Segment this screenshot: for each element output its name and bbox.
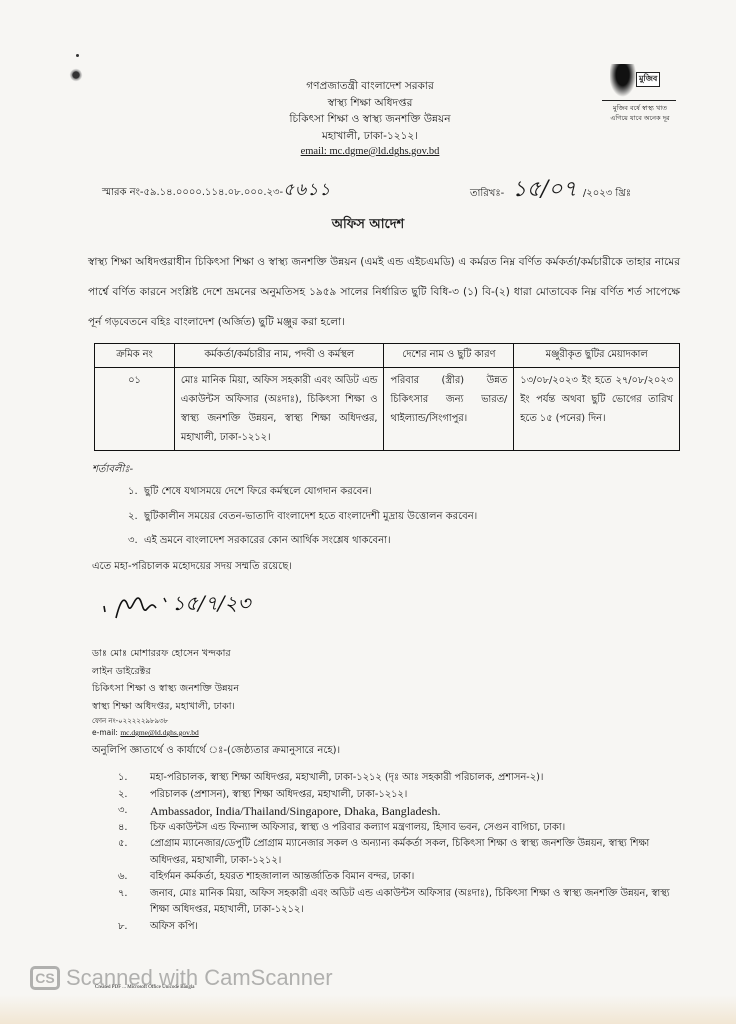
scan-speck <box>76 54 79 57</box>
list-item: ৫.প্রোগ্রাম ম্যানেজার/ডেপুটি প্রোগ্রাম ম… <box>118 836 688 869</box>
date-suffix: /২০২৩ খ্রিঃ <box>583 188 631 199</box>
scan-smudge <box>68 66 84 83</box>
cell-serial: ০১ <box>95 368 175 451</box>
signatory-block: ডাঃ মোঃ মোশাররফ হোসেন খন্দকার লাইন ডাইরে… <box>92 645 239 739</box>
order-body: স্বাস্থ্য শিক্ষা অধিদপ্তরাধীন চিকিৎসা শি… <box>88 247 680 337</box>
list-item: ৭.জনাব, মোঃ মানিক মিয়া, অফিস সহকারী এবং… <box>118 886 688 919</box>
col-serial: ক্রমিক নং <box>95 344 175 368</box>
cell-employee: মোঃ মানিক মিয়া, অফিস সহকারী এবং অডিট এন… <box>174 368 384 451</box>
col-country-reason: দেশের নাম ও ছুটি কারণ <box>384 344 514 368</box>
portrait-icon <box>610 64 638 100</box>
list-item: ৩.Ambassador, India/Thailand/Singapore, … <box>118 803 688 820</box>
date-label: তারিখঃ- <box>470 188 504 199</box>
scanned-document-page: গণপ্রজাতন্ত্রী বাংলাদেশ সরকার স্বাস্থ্য … <box>0 0 736 1024</box>
date-handwritten: ১৫/০৭ <box>512 177 577 202</box>
mujib-year-logo: মুজিব মুজিব বর্ষে স্বাস্থ্য খাত এগিয়ে য… <box>588 62 684 122</box>
list-item: ৪.চিফ একাউন্টস এন্ড ফিন্যান্স অফিসার, স্… <box>118 820 688 837</box>
signatory-phone: ফোন নং-০২২২২২৯৮৯৩৮ <box>92 715 239 727</box>
memo-number: স্মারক নং-৫৯.১৪.০০০০.১১৪.০৮.০০০.২৩-৫৬১১ <box>102 177 331 205</box>
signatory-designation: লাইন ডাইরেক্টর <box>92 663 239 681</box>
handwritten-signature: ১৫/৭/২৩ <box>98 584 298 624</box>
document-title: অফিস আদেশ <box>0 215 736 236</box>
col-employee: কর্মকর্তা/কর্মচারীর নাম, পদবী ও কর্মস্থল <box>174 344 384 368</box>
cell-period: ১৩/০৮/২০২৩ ইং হতে ২৭/০৮/২০২৩ ইং পর্যন্ত … <box>514 368 680 451</box>
table-header-row: ক্রমিক নং কর্মকর্তা/কর্মচারীর নাম, পদবী … <box>95 344 680 368</box>
list-item: ৬.বহির্গমন কর্মকর্তা, হযরত শাহজালাল আন্ত… <box>118 869 688 886</box>
signature-icon: ১৫/৭/২৩ <box>98 584 298 624</box>
leave-table: ক্রমিক নং কর্মকর্তা/কর্মচারীর নাম, পদবী … <box>94 343 680 451</box>
signatory-unit: চিকিৎসা শিক্ষা ও স্বাস্থ্য জনশক্তি উন্নয… <box>92 680 239 698</box>
conditions-title: শর্তাবলীঃ- <box>92 462 133 479</box>
letterhead-address: মহাখালী, ঢাকা-১২১২। <box>230 128 510 145</box>
paper-edge-shadow <box>0 995 736 1024</box>
list-item: ১.মহা-পরিচালক, স্বাস্থ্য শিক্ষা অধিদপ্তর… <box>118 770 688 787</box>
logo-tagline-2: এগিয়ে যাবে অনেক দূর <box>602 113 678 124</box>
signatory-email: e-mail: mc.dgme@ld.dghs.gov.bd <box>92 727 239 739</box>
memo-label: স্মারক নং-৫৯.১৪.০০০০.১১৪.০৮.০০০.২৩- <box>102 187 283 198</box>
condition-item: ১.ছুটি শেষে যথাসময়ে দেশে ফিরে কর্মস্থলে… <box>128 484 372 501</box>
signatory-office: স্বাস্থ্য শিক্ষা অধিদপ্তর, মহাখালী, ঢাকা… <box>92 698 239 716</box>
issue-date: তারিখঃ-১৫/০৭/২০২৩ খ্রিঃ <box>470 172 631 209</box>
memo-handwritten-number: ৫৬১১ <box>283 180 331 200</box>
logo-rule <box>602 100 676 101</box>
logo-badge: মুজিব <box>636 72 660 87</box>
letterhead-government: গণপ্রজাতন্ত্রী বাংলাদেশ সরকার <box>230 78 510 95</box>
consent-note: এতে মহা-পরিচালক মহোদয়ের সদয় সম্মতি রয়… <box>92 559 292 576</box>
condition-item: ৩.এই ভ্রমনে বাংলাদেশ সরকারের কোন আর্থিক … <box>128 533 391 550</box>
table-row: ০১ মোঃ মানিক মিয়া, অফিস সহকারী এবং অডিট… <box>95 368 680 451</box>
letterhead: গণপ্রজাতন্ত্রী বাংলাদেশ সরকার স্বাস্থ্য … <box>230 78 510 161</box>
camscanner-watermark: CS Scanned with CamScanner <box>30 965 333 991</box>
condition-item: ২.ছুটিকালীন সময়ের বেতন-ভাতাদি বাংলাদেশ … <box>128 509 477 526</box>
list-item: ২.পরিচালক (প্রশাসন), স্বাস্থ্য শিক্ষা অধ… <box>118 787 688 804</box>
camscanner-logo-icon: CS <box>30 966 60 990</box>
cell-country-reason: পরিবার (স্ত্রীর) উন্নত চিকিৎসার জন্য ভার… <box>384 368 514 451</box>
svg-text:১৫/৭/২৩: ১৫/৭/২৩ <box>172 591 252 615</box>
list-item: ৮.অফিস কপি। <box>118 919 688 936</box>
copy-distribution-title: অনুলিপি জ্ঞাতার্থে ও কার্যার্থে ঃ-(জেষ্ঠ… <box>92 743 340 760</box>
letterhead-directorate: স্বাস্থ্য শিক্ষা অধিদপ্তর <box>230 95 510 112</box>
letterhead-email: email: mc.dgme@ld.dghs.gov.bd <box>230 144 510 161</box>
watermark-text: Scanned with CamScanner <box>66 965 333 991</box>
copy-distribution-list: ১.মহা-পরিচালক, স্বাস্থ্য শিক্ষা অধিদপ্তর… <box>118 770 688 935</box>
signatory-name: ডাঃ মোঃ মোশাররফ হোসেন খন্দকার <box>92 645 239 663</box>
letterhead-unit: চিকিৎসা শিক্ষা ও স্বাস্থ্য জনশক্তি উন্নয… <box>230 111 510 128</box>
col-period: মঞ্জুরীকৃত ছুটির মেয়াদকাল <box>514 344 680 368</box>
